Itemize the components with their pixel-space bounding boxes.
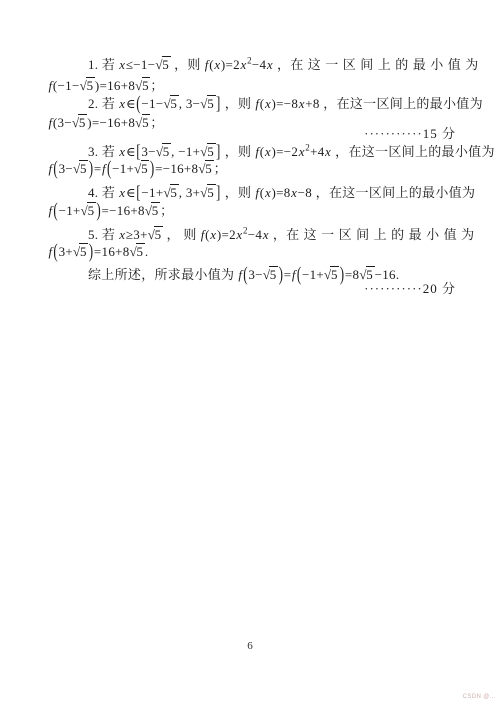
page-number: 6 [0,640,500,652]
step1-condition: 1. 若 x≤−1−√5 ，则 f(x)=2x2−4x ，在这一区间上的最小值为 [88,55,483,75]
step4-condition: 4. 若 x∈[−1+√5, 3+√5] ，则 f(x)=8x−8 ，在这一区间… [88,183,475,203]
step1-result: f(−1−√5)=16+8√5； [48,76,164,96]
watermark: CSDN @... [463,694,496,700]
step5-result: f(3+√5)=16+8√5. [48,242,148,262]
score-mark-15: ···········15 分 [48,124,456,144]
step3-result: f(3−√5)=f(−1+√5)=−16+8√5； [48,159,227,179]
score-mark-20: ···········20 分 [48,279,456,299]
step4-result: f(−1+√5)=−16+8√5； [48,201,173,221]
document-page: 1. 若 x≤−1−√5 ，则 f(x)=2x2−4x ，在这一区间上的最小值为… [0,0,500,707]
step2-condition: 2. 若 x∈(−1−√5, 3−√5] ，则 f(x)=−8x+8 ，在这一区… [88,94,483,114]
